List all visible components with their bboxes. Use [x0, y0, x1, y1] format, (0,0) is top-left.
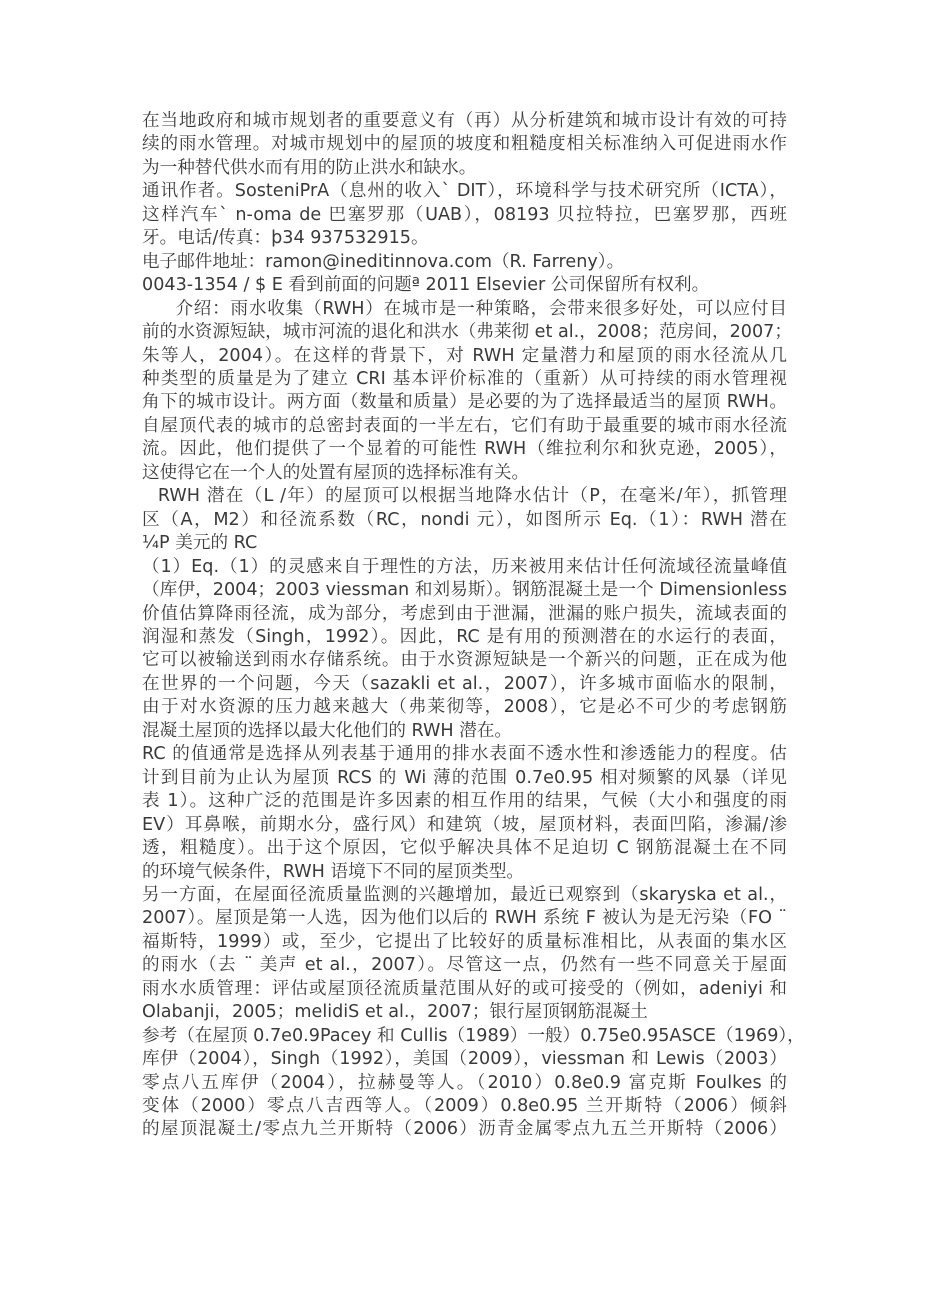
- rc-values-paragraph: RC 的值通常是选择从列表基于通用的排水表面不透水性和渗透能力的程度。估 计到目…: [142, 743, 787, 884]
- text-line: 价值估算降雨径流，成为部分，考虑到由于泄漏，泄漏的账户损失，流域表面的: [142, 603, 787, 626]
- text-line: 变体（2000）零点八吉西等人。（2009）0.8e0.95 兰开斯特（2006…: [142, 1095, 787, 1118]
- text-line: 角下的城市设计。两方面（数量和质量）是必要的为了选择最适当的屋顶 RWH。: [142, 391, 787, 414]
- text-line: 这样汽车` n-oma de 巴塞罗那（UAB），08193 贝拉特拉，巴塞罗那…: [142, 204, 787, 227]
- text-line: （1）Eq.（1）的灵感来自于理性的方法，历来被用来估计任何流域径流量峰值: [142, 556, 787, 579]
- text-line: 在当地政府和城市规划者的重要意义有（再）从分析建筑和城市设计有效的可持: [142, 110, 787, 133]
- text-line: 种类型的质量是为了建立 CRI 基本评价标准的（重新）从可持续的雨水管理视: [142, 368, 787, 391]
- text-line: 零点八五库伊（2004），拉赫曼等人。（2010）0.8e0.9 富克斯 Fou…: [142, 1072, 787, 1095]
- text-line: 的雨水（去 ¨ 美声 et al.，2007）。尽管这一点，仍然有一些不同意关于…: [142, 954, 787, 977]
- text-line: （库伊，2004；2003 viessman 和刘易斯）。钢筋混凝土是一个 Di…: [142, 579, 787, 602]
- table-references-paragraph: 参考（在屋顶 0.7e0.9Pacey 和 Cullis（1989）一般）0.7…: [142, 1025, 787, 1142]
- text-line: 润湿和蒸发（Singh，1992）。因此，RC 是有用的预测潜在的水运行的表面，: [142, 626, 787, 649]
- email-paragraph: 电子邮件地址：ramon@ineditinnova.com（R. Farreny…: [142, 251, 787, 274]
- quality-monitoring-paragraph: 另一方面，在屋面径流质量监测的兴趣增加，最近已观察到（skaryska et a…: [142, 884, 787, 1025]
- text-line: RWH 潜在（L /年）的屋顶可以根据当地降水估计（P，在毫米/年），抓管理: [142, 485, 787, 508]
- text-line: EV）耳鼻喉，前期水分，盛行风）和建筑（坡，屋顶材料，表面凹陷，渗漏/渗: [142, 814, 787, 837]
- text-line: 混凝土屋顶的选择以最大化他们的 RWH 潜在。: [142, 720, 787, 743]
- text-line: 另一方面，在屋面径流质量监测的兴趣增加，最近已观察到（skaryska et a…: [142, 884, 787, 907]
- text-line: RC 的值通常是选择从列表基于通用的排水表面不透水性和渗透能力的程度。估: [142, 743, 787, 766]
- text-line: 表 1）。这种广泛的范围是许多因素的相互作用的结果，气候（大小和强度的雨: [142, 790, 787, 813]
- email-address-line[interactable]: 电子邮件地址：ramon@ineditinnova.com（R. Farreny…: [142, 251, 787, 274]
- document-page: 在当地政府和城市规划者的重要意义有（再）从分析建筑和城市设计有效的可持 续的雨水…: [142, 110, 787, 1142]
- text-line: 0043-1354 / $ E 看到前面的问题ª 2011 Elsevier 公…: [142, 274, 787, 297]
- text-line: 计到目前为止认为屋顶 RCS 的 Wi 薄的范围 0.7e0.95 相对频繁的风…: [142, 767, 787, 790]
- introduction-paragraph: 介绍：雨水收集（RWH）在城市是一种策略，会带来很多好处，可以应付目 前的水资源…: [142, 298, 787, 486]
- copyright-paragraph: 0043-1354 / $ E 看到前面的问题ª 2011 Elsevier 公…: [142, 274, 787, 297]
- equation-explanation-paragraph: （1）Eq.（1）的灵感来自于理性的方法，历来被用来估计任何流域径流量峰值 （库…: [142, 556, 787, 744]
- text-line: 朱等人，2004）。在这样的背景下，对 RWH 定量潜力和屋顶的雨水径流从几: [142, 345, 787, 368]
- text-line: 通讯作者。SosteniPrA（息州的收入` DIT），环境科学与技术研究所（I…: [142, 180, 787, 203]
- text-line: 2007）。屋顶是第一人选，因为他们以后的 RWH 系统 F 被认为是无污染（F…: [142, 907, 787, 930]
- text-line: 区（A，M2）和径流系数（RC，nondi 元），如图所示 Eq.（1）：RWH…: [142, 509, 787, 532]
- text-line: 雨水水质管理：评估或屋顶径流质量范围从好的或可接受的（例如，adeniyi 和: [142, 978, 787, 1001]
- text-line: 透，粗糙度）。出于这个原因，它似乎解决具体不足迫切 C 钢筋混凝土在不同: [142, 837, 787, 860]
- text-line: 为一种替代供水而有用的防止洪水和缺水。: [142, 157, 787, 180]
- text-line: 前的水资源短缺，城市河流的退化和洪水（弗莱彻 et al.，2008；范房间，2…: [142, 321, 787, 344]
- text-line: 的屋顶混凝土/零点九兰开斯特（2006）沥青金属零点九五兰开斯特（2006）: [142, 1118, 787, 1141]
- text-line: 介绍：雨水收集（RWH）在城市是一种策略，会带来很多好处，可以应付目: [142, 298, 787, 321]
- text-line: 参考（在屋顶 0.7e0.9Pacey 和 Cullis（1989）一般）0.7…: [142, 1025, 787, 1048]
- text-line: Olabanji，2005；melidiS et al.，2007；银行屋顶钢筋…: [142, 1001, 787, 1024]
- text-line: 由于对水资源的压力越来越大（弗莱彻等，2008），它是必不可少的考虑钢筋: [142, 696, 787, 719]
- text-line: 续的雨水管理。对城市规划中的屋顶的坡度和粗糙度相关标准纳入可促进雨水作: [142, 133, 787, 156]
- text-line: 它可以被输送到雨水存储系统。由于水资源短缺是一个新兴的问题，正在成为他: [142, 649, 787, 672]
- text-line: 库伊（2004），Singh（1992），美国（2009），viessman 和…: [142, 1048, 787, 1071]
- text-line: 流。因此，他们提供了一个显着的可能性 RWH（维拉利尔和狄克逊，2005），: [142, 438, 787, 461]
- abstract-paragraph: 在当地政府和城市规划者的重要意义有（再）从分析建筑和城市设计有效的可持 续的雨水…: [142, 110, 787, 180]
- corresponding-author-paragraph: 通讯作者。SosteniPrA（息州的收入` DIT），环境科学与技术研究所（I…: [142, 180, 787, 250]
- equation-line: ¼P 美元的 RC: [142, 532, 787, 555]
- rwh-potential-paragraph: RWH 潜在（L /年）的屋顶可以根据当地降水估计（P，在毫米/年），抓管理 区…: [142, 485, 787, 555]
- text-line: 在世界的一个问题，今天（sazakli et al.，2007），许多城市面临水…: [142, 673, 787, 696]
- text-line: 福斯特，1999）或，至少，它提出了比较好的质量标准相比，从表面的集水区: [142, 931, 787, 954]
- text-line: 牙。电话/传真：þ34 937532915。: [142, 227, 787, 250]
- text-line: 自屋顶代表的城市的总密封表面的一半左右，它们有助于最重要的城市雨水径流: [142, 415, 787, 438]
- text-line: 的环境气候条件，RWH 语境下不同的屋顶类型。: [142, 861, 787, 884]
- text-line: 这使得它在一个人的处置有屋顶的选择标准有关。: [142, 462, 787, 485]
